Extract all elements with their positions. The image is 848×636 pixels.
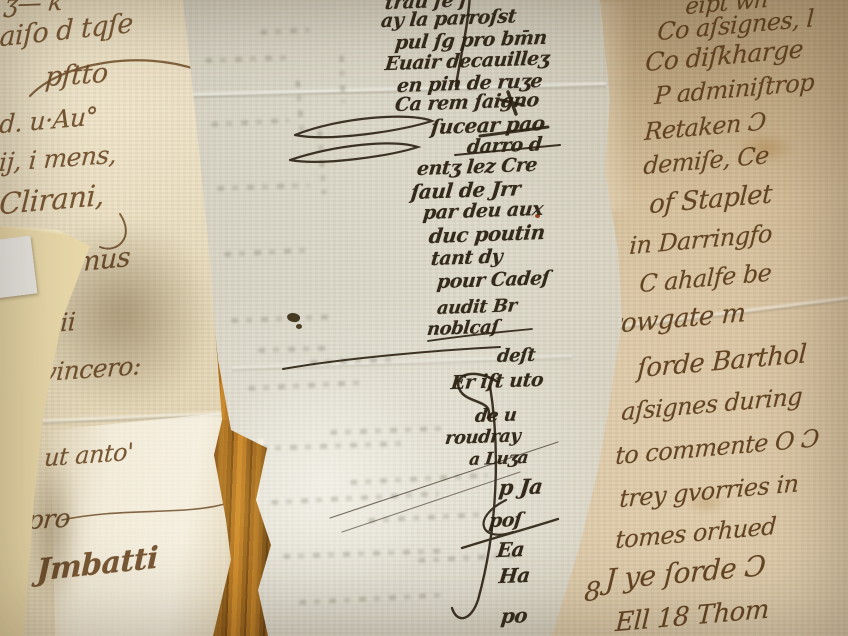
handwritten-line: a Luʒa [468, 450, 529, 469]
handwritten-line: Retaken Ɔ [644, 109, 767, 144]
handwritten-line: Ha [498, 565, 531, 586]
handwritten-line: noblcaſ [426, 319, 499, 340]
handwritten-line: Er iſt uto [450, 371, 544, 393]
handwritten-line: duc poutin [428, 222, 546, 246]
handwritten-line: roudray [444, 427, 521, 448]
handwritten-line: to commente O Ɔ [615, 426, 820, 468]
handwritten-line: in Darringfo [629, 222, 773, 259]
handwritten-line: P adminiſtrop [654, 70, 815, 108]
handwritten-line: poſ [488, 511, 523, 531]
handwritten-line: p Ja [498, 475, 544, 498]
handwritten-line: J ye ſorde Ɔ [605, 552, 767, 594]
handwritten-line: d. u·Au° [0, 103, 98, 137]
handwritten-line: 8 [584, 579, 601, 607]
handwritten-line: trey gvorries in [619, 471, 799, 511]
handwritten-line: Clirani, [0, 181, 105, 219]
handwritten-line: Ea [496, 539, 525, 560]
photo-of-three-manuscripts: eipt whCo aſsignes, lCo diſkhargeP admin… [0, 0, 848, 636]
handwritten-line: rowgate m [609, 300, 747, 338]
handwritten-line: C ahalfe be [639, 260, 772, 296]
handwritten-line: aſsignes during [621, 384, 803, 424]
handwritten-line: ij, i mens, [0, 142, 117, 175]
handwritten-line: tomes orhued [615, 514, 777, 552]
handwritten-line: pſtto [44, 60, 108, 92]
handwritten-line: deſt [496, 347, 536, 366]
handwritten-line: pour Cadeſ [436, 269, 550, 292]
handwritten-line: audit Br [436, 297, 517, 318]
handwritten-line: po [500, 605, 528, 626]
handwritten-line: tant dy [430, 248, 503, 270]
handwritten-line: ʒ— k [3, 0, 63, 16]
handwritten-line: Ell 18 Thom [615, 597, 770, 636]
handwritten-line: de u [474, 407, 517, 427]
handwritten-line: par deu aux [422, 200, 544, 223]
handwritten-line: ſorde Barthol [637, 341, 807, 382]
handwritten-line: demiſe, Ce [643, 143, 770, 178]
handwritten-line: of Staplet [649, 181, 773, 218]
